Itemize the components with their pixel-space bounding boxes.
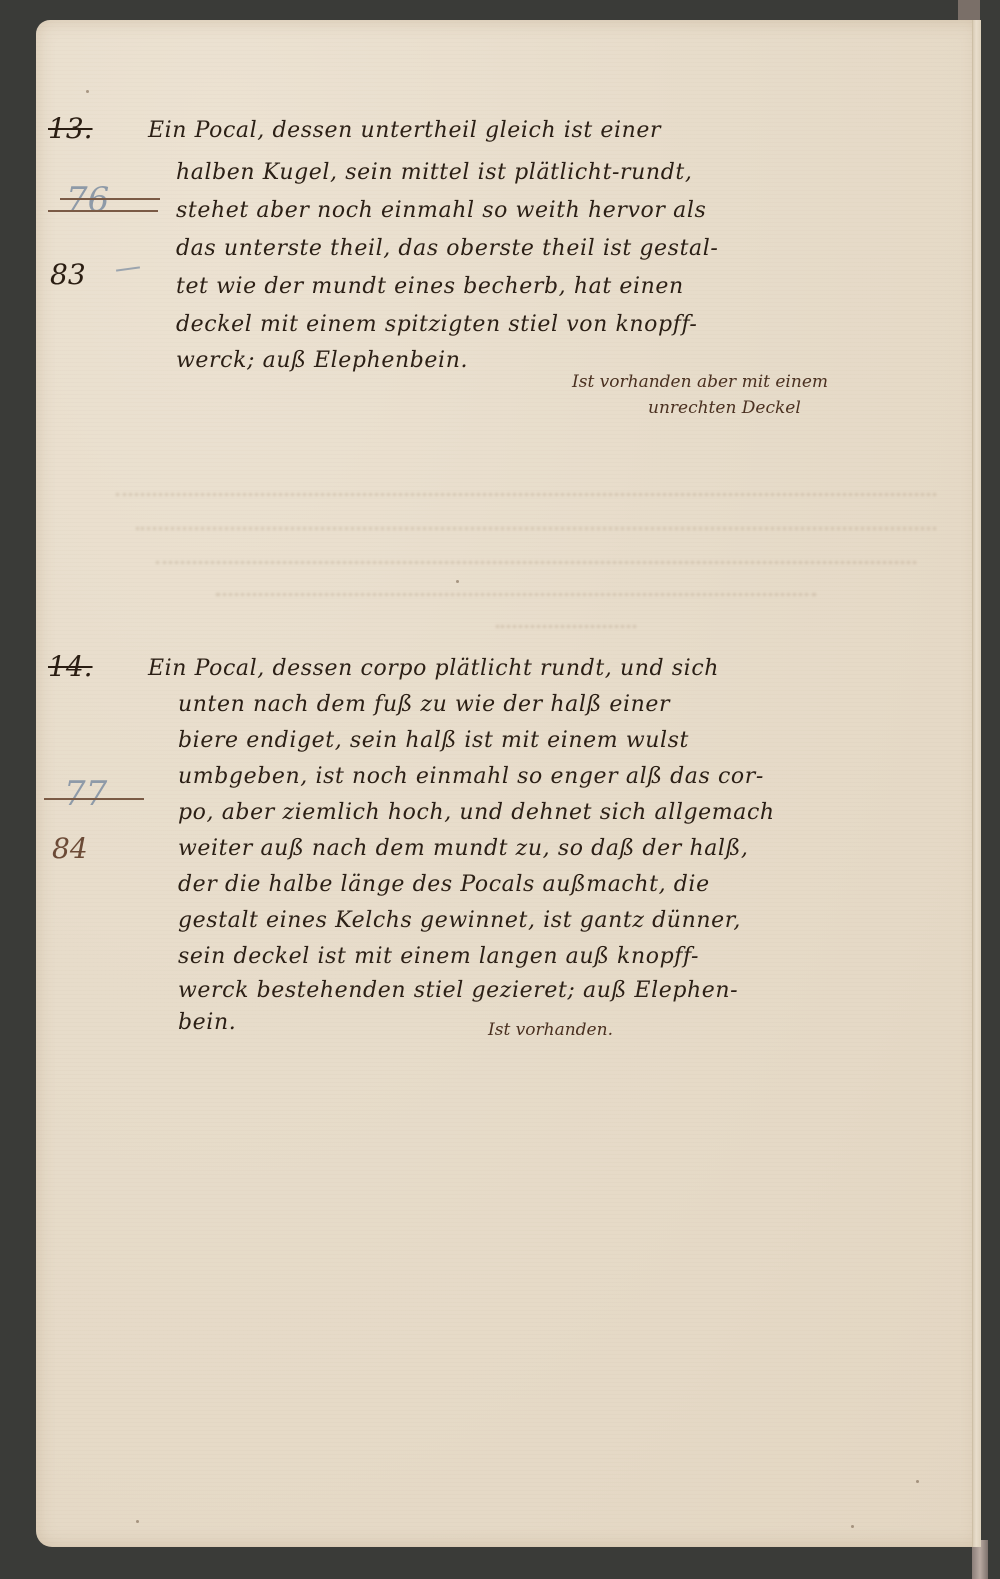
- text-line: der die halbe länge des Pocals außmacht,…: [178, 872, 710, 897]
- entry-number: 13.: [48, 112, 93, 145]
- text-line: bein.: [178, 1010, 236, 1035]
- paper-speck: [86, 90, 89, 93]
- text-line: Ein Pocal, dessen corpo plätlicht rundt,…: [148, 656, 719, 681]
- text-line: Ein Pocal, dessen untertheil gleich ist …: [148, 118, 661, 143]
- margin-new-number: 84: [52, 832, 88, 865]
- text-line: sein deckel ist mit einem langen auß kno…: [178, 944, 699, 969]
- margin-new-number: 83: [50, 258, 86, 291]
- margin-old-number: 76: [66, 180, 109, 220]
- bleed-through-text: [96, 465, 956, 635]
- entry-number: 14.: [48, 650, 93, 683]
- text-line: werck bestehenden stiel gezieret; auß El…: [178, 978, 738, 1003]
- paper-speck: [851, 1525, 854, 1528]
- margin-strikethrough: [44, 798, 144, 800]
- paper-speck: [136, 1520, 139, 1523]
- text-line: biere endiget, sein halß ist mit einem w…: [178, 728, 689, 753]
- text-line: halben Kugel, sein mittel ist plätlicht-…: [176, 160, 692, 185]
- text-line: das unterste theil, das oberste theil is…: [176, 236, 718, 261]
- status-note: Ist vorhanden.: [488, 1020, 613, 1040]
- page-fold: [972, 20, 981, 1547]
- manuscript-page: 13. 76 83 Ein Pocal, dessen untertheil g…: [36, 20, 980, 1547]
- text-line: umbgeben, ist noch einmahl so enger alß …: [178, 764, 764, 789]
- text-line: po, aber ziemlich hoch, und dehnet sich …: [178, 800, 775, 825]
- text-line: weiter auß nach dem mundt zu, so daß der…: [178, 836, 748, 861]
- pencil-mark: [116, 266, 140, 271]
- status-note: Ist vorhanden aber mit einem: [572, 372, 828, 392]
- paper-speck: [456, 580, 459, 583]
- paper-speck: [916, 1480, 919, 1483]
- text-line: deckel mit einem spitzigten stiel von kn…: [176, 312, 697, 337]
- text-line: unten nach dem fuß zu wie der halß einer: [178, 692, 670, 717]
- text-line: tet wie der mundt eines becherb, hat ein…: [176, 274, 684, 299]
- text-line: gestalt eines Kelchs gewinnet, ist gantz…: [178, 908, 741, 933]
- margin-strikethrough: [60, 198, 160, 200]
- margin-old-number: 77: [64, 774, 107, 814]
- text-line: stehet aber noch einmahl so weith hervor…: [176, 198, 706, 223]
- margin-strikethrough: [48, 210, 158, 212]
- status-note: unrechten Deckel: [648, 398, 801, 418]
- text-line: werck; auß Elephenbein.: [176, 348, 468, 373]
